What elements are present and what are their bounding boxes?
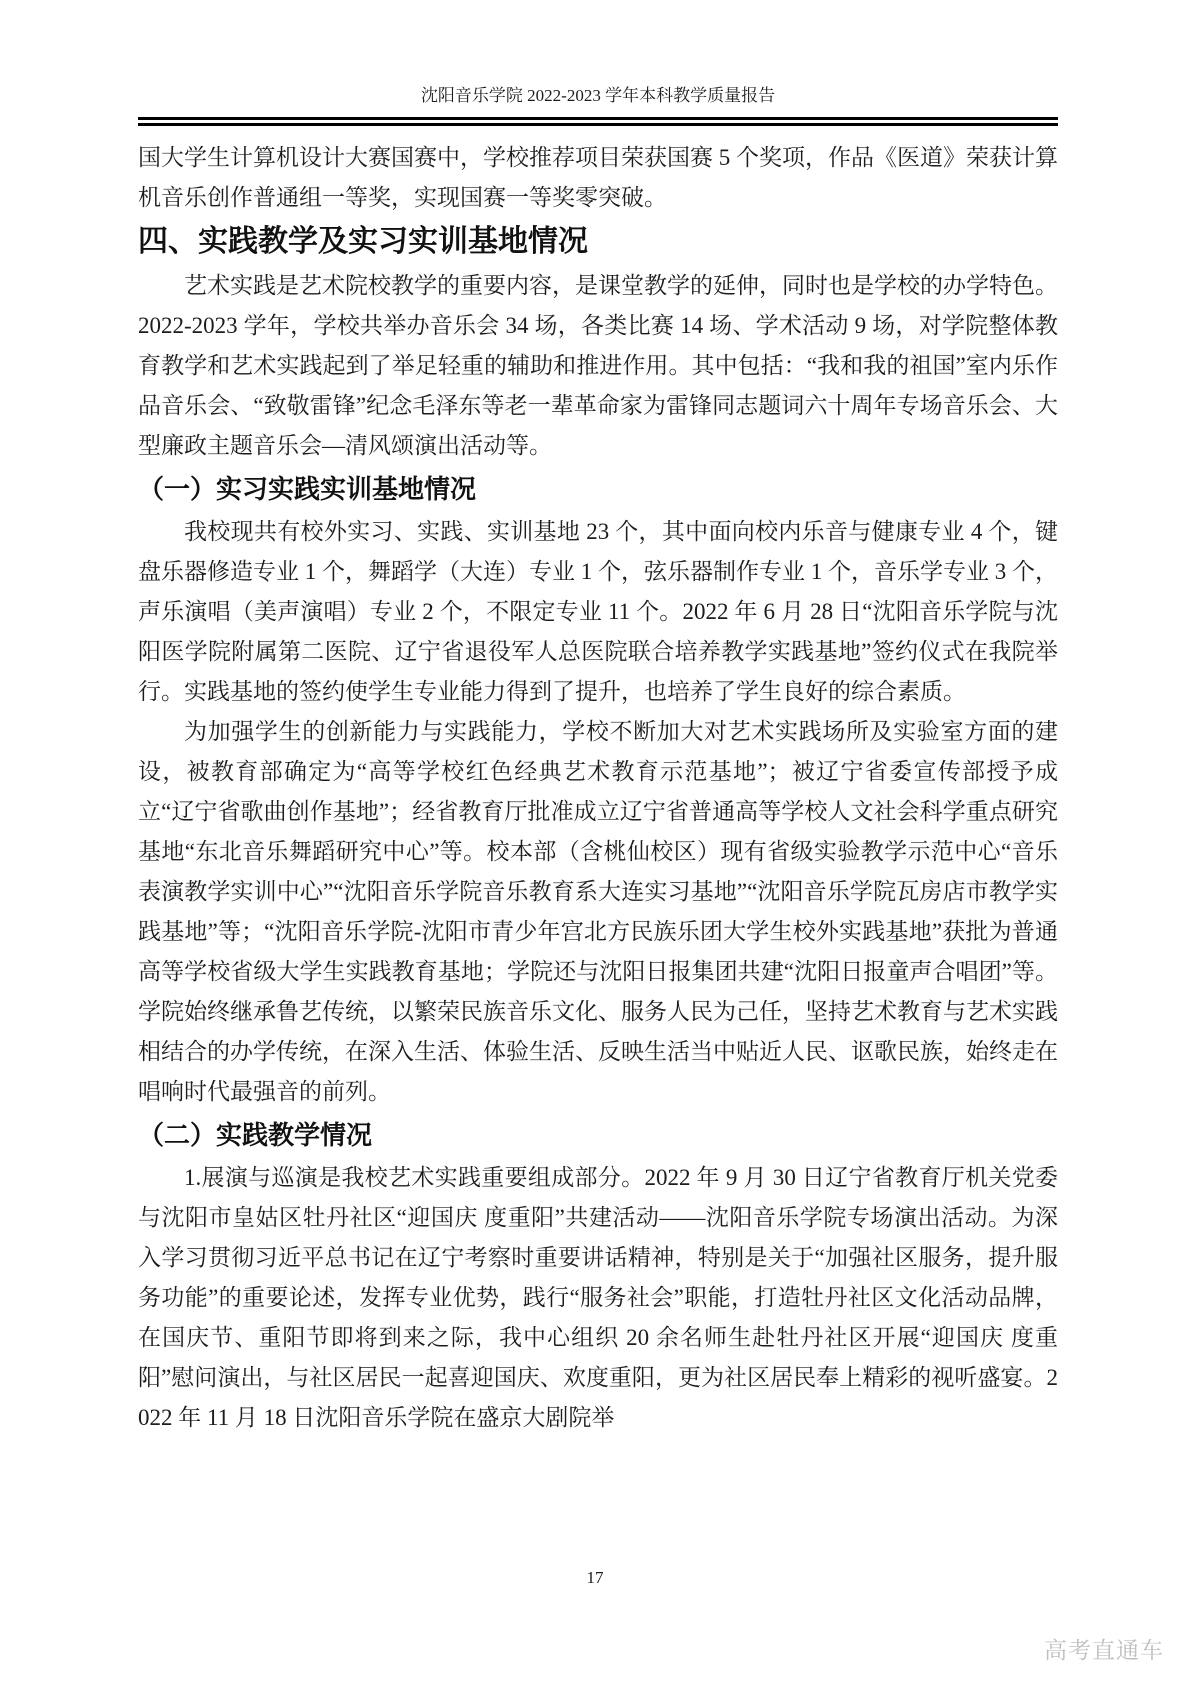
watermark-text: 高考直通车 (1044, 1632, 1164, 1665)
document-page: 沈阳音乐学院 2022-2023 学年本科教学质量报告 国大学生计算机设计大赛国… (0, 0, 1190, 1684)
paragraph-sub1-2: 为加强学生的创新能力与实践能力，学校不断加大对艺术实践场所及实验室方面的建设，被… (138, 712, 1058, 1112)
document-sheet: 沈阳音乐学院 2022-2023 学年本科教学质量报告 国大学生计算机设计大赛国… (138, 84, 1058, 1438)
paragraph-sub2-1: 1.展演与巡演是我校艺术实践重要组成部分。2022 年 9 月 30 日辽宁省教… (138, 1158, 1058, 1438)
header-double-rule (138, 117, 1058, 126)
paragraph-continuation: 国大学生计算机设计大赛国赛中，学校推荐项目荣获国赛 5 个奖项，作品《医道》荣获… (138, 138, 1058, 218)
document-content: 国大学生计算机设计大赛国赛中，学校推荐项目荣获国赛 5 个奖项，作品《医道》荣获… (138, 138, 1058, 1438)
paragraph-section4-intro: 艺术实践是艺术院校教学的重要内容，是课堂教学的延伸，同时也是学校的办学特色。20… (138, 266, 1058, 466)
paragraph-sub1-1: 我校现共有校外实习、实践、实训基地 23 个，其中面向校内乐音与健康专业 4 个… (138, 512, 1058, 712)
page-number: 17 (0, 1568, 1190, 1588)
subsection-heading-2: （二）实践教学情况 (138, 1112, 1058, 1158)
section-heading-4: 四、实践教学及实习实训基地情况 (138, 218, 1058, 266)
running-header-title: 沈阳音乐学院 2022-2023 学年本科教学质量报告 (138, 84, 1058, 108)
subsection-heading-1: （一）实习实践实训基地情况 (138, 466, 1058, 512)
